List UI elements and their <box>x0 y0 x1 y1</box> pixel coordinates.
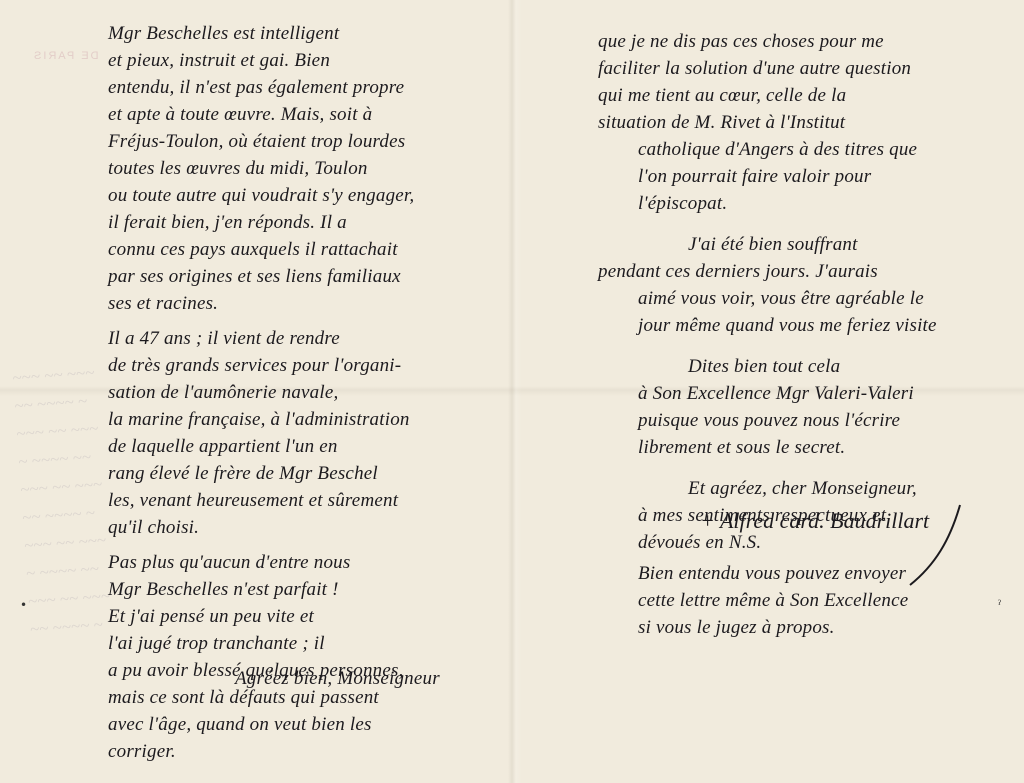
text-line: Bien entendu vous pouvez envoyer <box>638 560 1018 587</box>
text-line: Fréjus-Toulon, où étaient trop lourdes <box>108 128 508 155</box>
left-page: DE PARIS ~~~ ~~ ~~~ ~~ ~~~~ ~ ~~~ ~~ ~~~… <box>0 0 512 783</box>
text-line: aimé vous voir, vous être agréable le <box>598 285 1018 312</box>
text-line: à Son Excellence Mgr Valeri-Valeri <box>598 380 1018 407</box>
paragraph-3: Pas plus qu'aucun d'entre nous Mgr Besch… <box>108 549 508 765</box>
text-line: si vous le jugez à propos. <box>638 614 1018 641</box>
right-page-body: que je ne dis pas ces choses pour me fac… <box>598 28 1018 556</box>
text-line: l'on pourrait faire valoir pour <box>598 163 1018 190</box>
text-line: avec l'âge, quand on veut bien les <box>108 711 508 738</box>
paragraph-1: Mgr Beschelles est intelligent et pieux,… <box>108 20 508 317</box>
closing-salutation: Agréez bien, Monseigneur <box>235 665 440 692</box>
text-line: entendu, il n'est pas également propre <box>108 74 508 101</box>
text-line: et pieux, instruit et gai. Bien <box>108 47 508 74</box>
text-line: qu'il choisi. <box>108 514 508 541</box>
text-line: Mgr Beschelles est intelligent <box>108 20 508 47</box>
text-line: Pas plus qu'aucun d'entre nous <box>108 549 508 576</box>
text-line: Mgr Beschelles n'est parfait ! <box>108 576 508 603</box>
text-line: cette lettre même à Son Excellence <box>638 587 1018 614</box>
postscript: Bien entendu vous pouvez envoyer cette l… <box>638 560 1018 641</box>
text-line: ses et racines. <box>108 290 508 317</box>
text-line: de laquelle appartient l'un en <box>108 433 508 460</box>
text-line: jour même quand vous me feriez visite <box>598 312 1018 339</box>
text-line: les, venant heureusement et sûrement <box>108 487 508 514</box>
text-line: sation de l'aumônerie navale, <box>108 379 508 406</box>
text-line: toutes les œuvres du midi, Toulon <box>108 155 508 182</box>
text-line: Il a 47 ans ; il vient de rendre <box>108 325 508 352</box>
text-line: connu ces pays auxquels il rattachait <box>108 236 508 263</box>
text-line: la marine française, à l'administration <box>108 406 508 433</box>
text-line: par ses origines et ses liens familiaux <box>108 263 508 290</box>
text-line: que je ne dis pas ces choses pour me <box>598 28 1018 55</box>
paragraph-2: J'ai été bien souffrant pendant ces dern… <box>598 231 1018 339</box>
text-line: corriger. <box>108 738 508 765</box>
paragraph-1: que je ne dis pas ces choses pour me fac… <box>598 28 1018 217</box>
text-line: pendant ces derniers jours. J'aurais <box>598 258 1018 285</box>
text-line: ou toute autre qui voudrait s'y engager, <box>108 182 508 209</box>
text-line: faciliter la solution d'une autre questi… <box>598 55 1018 82</box>
paragraph-3: Dites bien tout cela à Son Excellence Mg… <box>598 353 1018 461</box>
ink-mark: ˀ <box>998 598 1001 612</box>
text-line: catholique d'Angers à des titres que <box>598 136 1018 163</box>
text-line: l'ai jugé trop tranchante ; il <box>108 630 508 657</box>
text-line: librement et sous le secret. <box>598 434 1018 461</box>
text-line: Et agréez, cher Monseigneur, <box>598 475 1018 502</box>
text-line: Dites bien tout cela <box>598 353 1018 380</box>
text-line: situation de M. Rivet à l'Institut <box>598 109 1018 136</box>
paragraph-2: Il a 47 ans ; il vient de rendre de très… <box>108 325 508 541</box>
text-line: J'ai été bien souffrant <box>598 231 1018 258</box>
text-line: l'épiscopat. <box>598 190 1018 217</box>
text-line: puisque vous pouvez nous l'écrire <box>598 407 1018 434</box>
text-line: Et j'ai pensé un peu vite et <box>108 603 508 630</box>
left-page-body: Mgr Beschelles est intelligent et pieux,… <box>108 20 508 773</box>
text-line: rang élevé le frère de Mgr Beschel <box>108 460 508 487</box>
ink-speck: • <box>20 598 27 612</box>
text-line: et apte à toute œuvre. Mais, soit à <box>108 101 508 128</box>
letterhead-bleed-through: DE PARIS <box>32 50 99 62</box>
text-line: de très grands services pour l'organi- <box>108 352 508 379</box>
text-line: qui me tient au cœur, celle de la <box>598 82 1018 109</box>
text-line: il ferait bien, j'en réponds. Il a <box>108 209 508 236</box>
letter-sheet: DE PARIS ~~~ ~~ ~~~ ~~ ~~~~ ~ ~~~ ~~ ~~~… <box>0 0 1024 783</box>
